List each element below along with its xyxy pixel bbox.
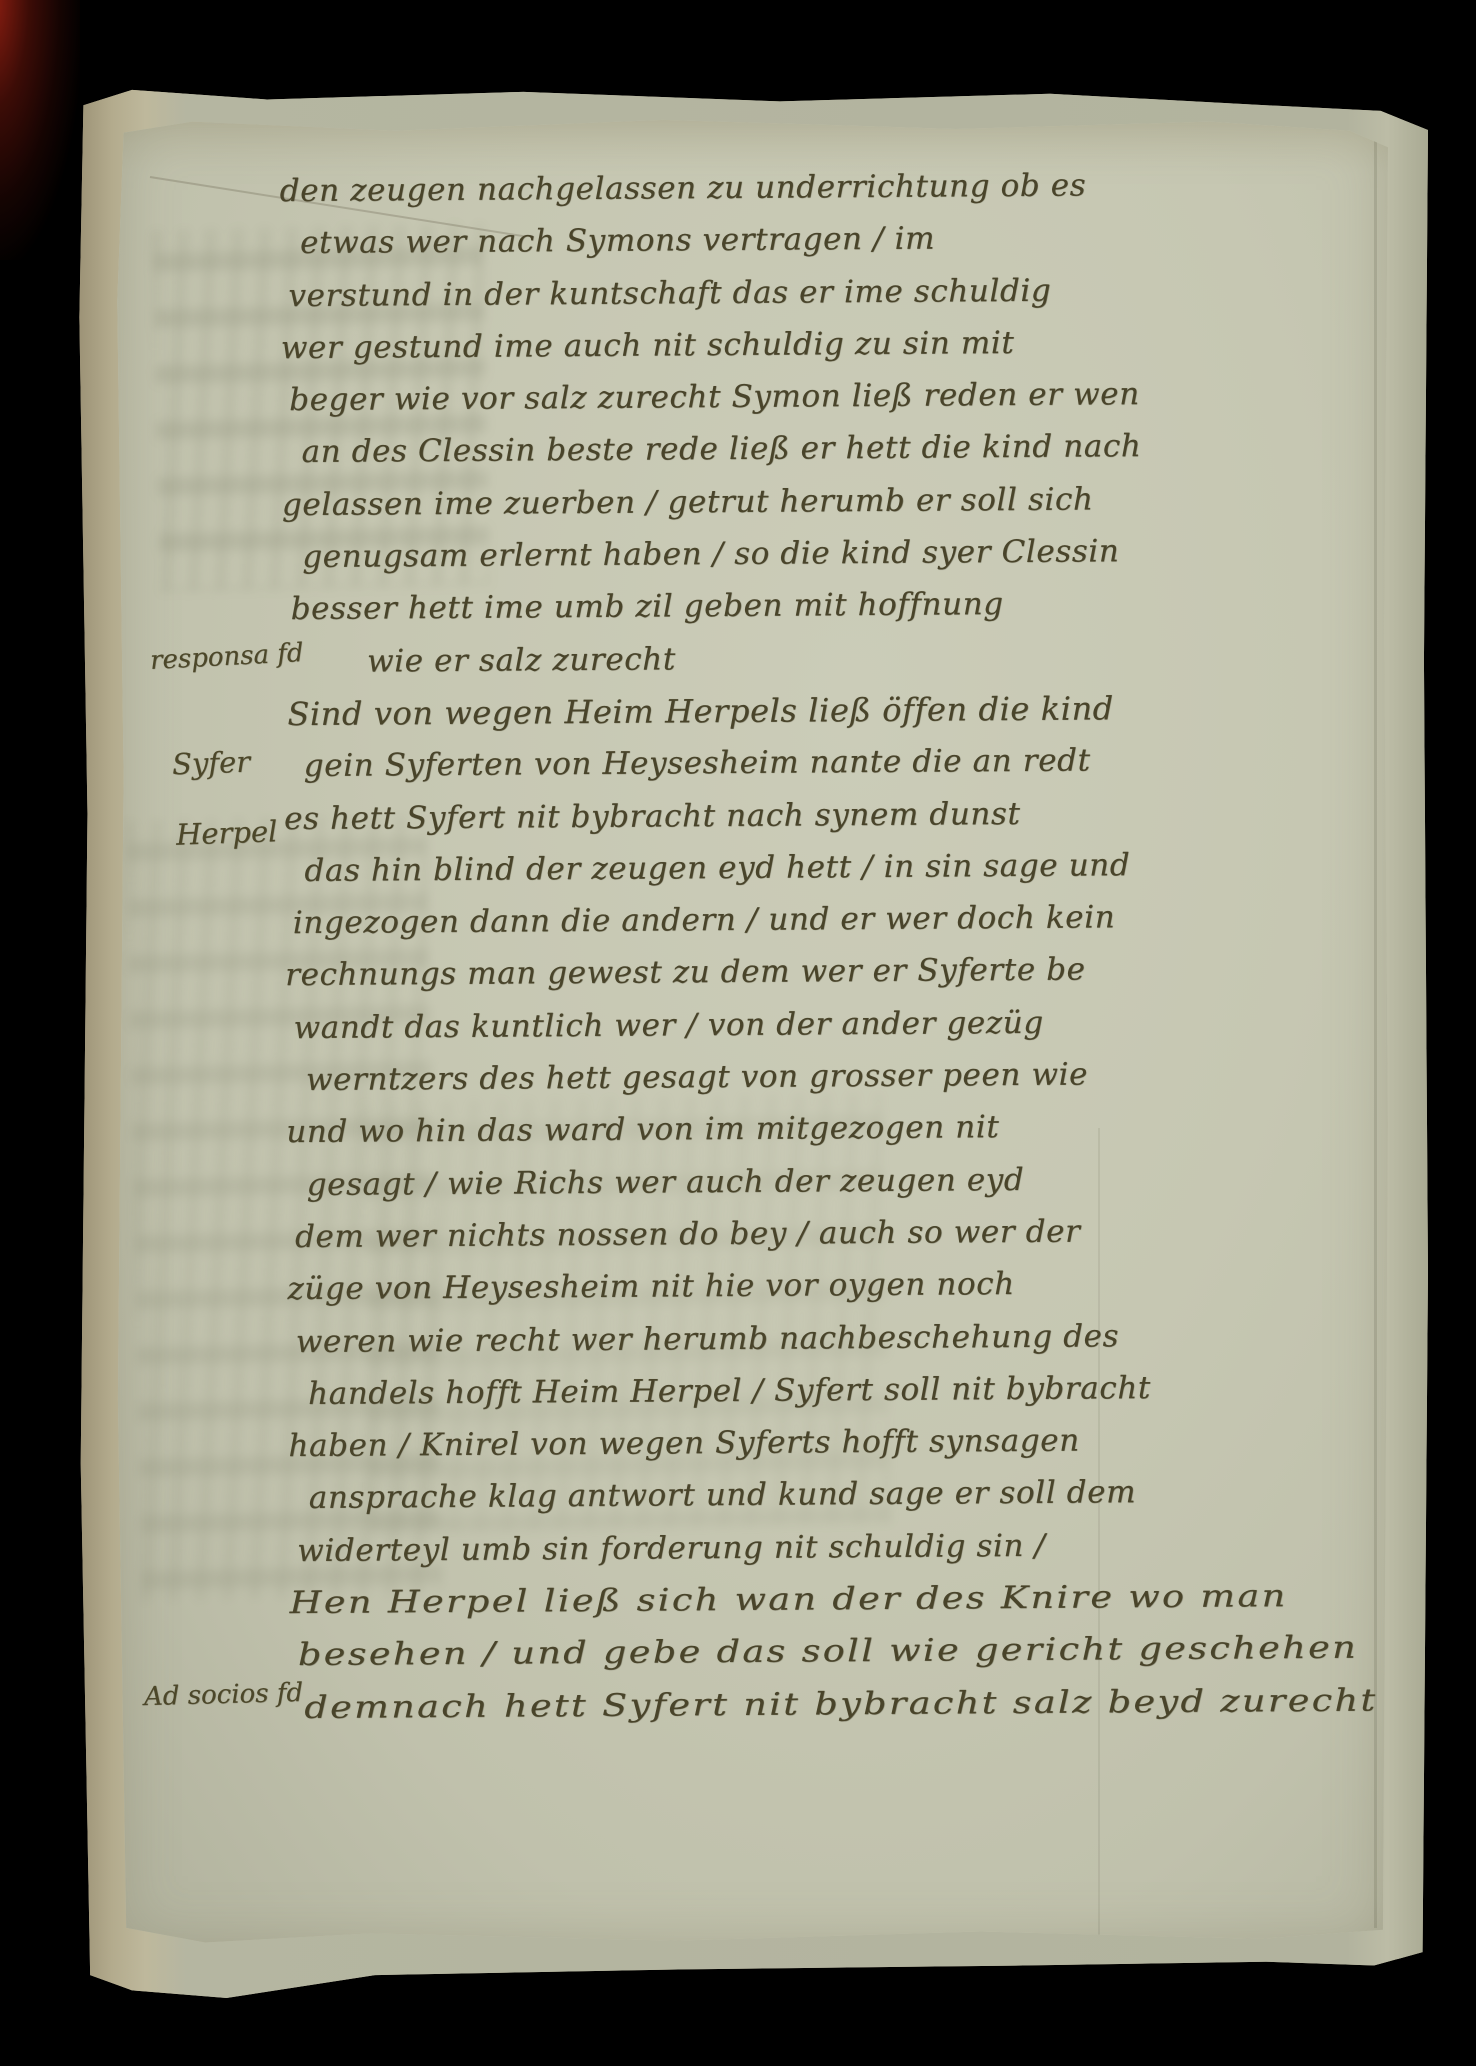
manuscript-line: verstund in der kuntschaft das er ime sc… — [288, 264, 1168, 322]
manuscript-line: rechnungs man gewest zu dem wer er Syfer… — [285, 943, 1173, 1001]
margin-note-ad-socios: Ad socios fd — [144, 1678, 304, 1712]
manuscript-line: gein Syferten von Heysesheim nante die a… — [304, 734, 1172, 792]
manuscript-line: etwas wer nach Symons vertragen / im — [300, 211, 1168, 269]
manuscript-line: wandt das kuntlich wer / von der ander g… — [293, 996, 1173, 1054]
manuscript-line: züge von Heysesheim nit hie vor oygen no… — [287, 1257, 1175, 1315]
manuscript-line: besser hett ime umb zil geben mit hoffnu… — [290, 577, 1170, 635]
manuscript-line: gelassen ime zuerben / getrut herumb er … — [282, 473, 1170, 531]
paper-crease — [1374, 138, 1377, 1928]
margin-note-responsa: responsa fd — [149, 638, 304, 676]
manuscript-line: werntzers des hett gesagt von grosser pe… — [306, 1048, 1174, 1106]
manuscript-line: handels hofft Heim Herpel / Syfert soll … — [308, 1362, 1176, 1420]
manuscript-line: wer gestund ime auch nit schuldig zu sin… — [281, 316, 1169, 374]
manuscript-line: Sind von wegen Heim Herpels ließ öffen d… — [287, 682, 1171, 740]
margin-note-party-name: Herpel — [176, 816, 278, 850]
photo-corner-red-accent — [0, 0, 80, 260]
manuscript-line: beger wie vor salz zurecht Symon ließ re… — [289, 368, 1169, 426]
manuscript-line: widerteyl umb sin forderung nit schuldig… — [297, 1519, 1177, 1577]
manuscript-line: gesagt / wie Richs wer auch der zeugen e… — [306, 1153, 1174, 1211]
manuscript-line: dem wer nichts nossen do bey / auch so w… — [295, 1205, 1175, 1263]
manuscript-line: und wo hin das ward von im mitgezogen ni… — [286, 1100, 1174, 1158]
manuscript-line: wie er salz zurecht — [367, 630, 1171, 688]
margin-note-party-name: Syfer — [172, 747, 251, 780]
manuscript-line: weren wie recht wer herumb nachbeschehun… — [296, 1309, 1176, 1367]
manuscript-page: responsa fd Syfer Herpel Ad socios fd de… — [116, 118, 1388, 1948]
manuscript-line: an des Clessin beste rede ließ er hett d… — [301, 420, 1169, 478]
archival-photo-canvas: responsa fd Syfer Herpel Ad socios fd de… — [0, 0, 1476, 2066]
manuscript-line: ingezogen dann die andern / und er wer d… — [293, 891, 1173, 949]
manuscript-line: den zeugen nachgelassen zu underrichtung… — [280, 159, 1168, 217]
manuscript-line: genugsam erlernt haben / so die kind sye… — [302, 525, 1170, 583]
manuscript-line: es hett Syfert nit bybracht nach synem d… — [284, 786, 1172, 844]
manuscript-line: besehen / und gebe das soll wie gericht … — [298, 1622, 1337, 1682]
manuscript-line: das hin blind der zeugen eyd hett / in s… — [304, 839, 1172, 897]
manuscript-line: haben / Knirel von wegen Syferts hofft s… — [288, 1414, 1176, 1472]
manuscript-line: ansprache klag antwort und kund sage er … — [309, 1466, 1177, 1524]
handwritten-text-block: den zeugen nachgelassen zu underrichtung… — [288, 159, 1179, 1734]
manuscript-line: Hen Herpel ließ sich wan der des Knire w… — [289, 1570, 1337, 1630]
manuscript-line: demnach hett Syfert nit bybracht salz be… — [304, 1674, 1336, 1733]
